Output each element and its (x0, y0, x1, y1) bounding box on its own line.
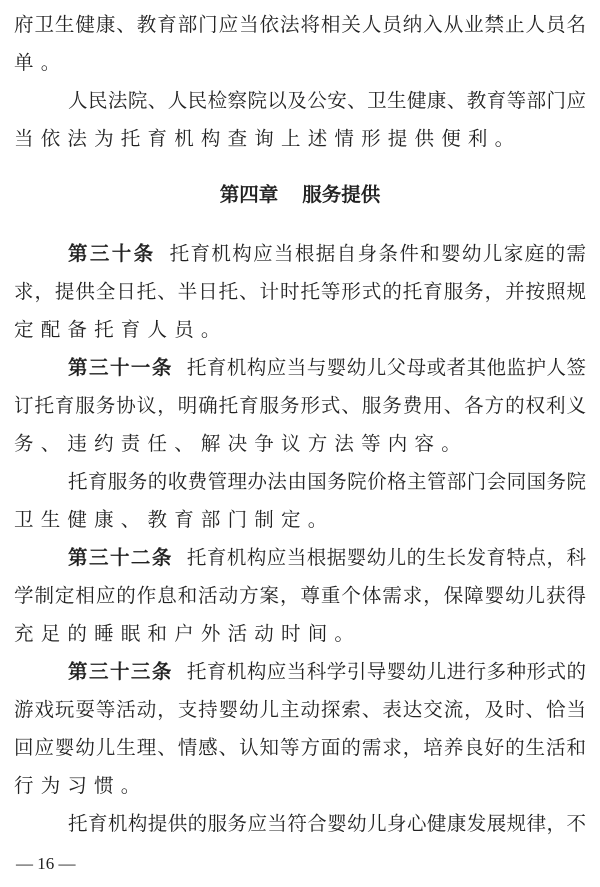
article-text: 托育机构应当与婴幼儿父母或者其他监护人签 (187, 356, 586, 379)
text-line: 务、违约责任、解决争议方法等内容。 (14, 425, 586, 463)
article-text: 托育机构应当根据婴幼儿的生长发育特点，科 (187, 546, 586, 569)
text-line: 行为习惯。 (14, 767, 586, 805)
page-number: — 16 — (16, 850, 76, 878)
chapter-heading: 第四章服务提供 (14, 176, 586, 214)
text-line: 府卫生健康、教育部门应当依法将相关人员纳入从业禁止人员名 (14, 6, 586, 44)
article-number: 第三十三条 (68, 660, 173, 683)
article-text: 托育机构应当根据自身条件和婴幼儿家庭的需 (170, 242, 586, 265)
article-number: 第三十条 (68, 242, 156, 265)
text-line: 游戏玩耍等活动，支持婴幼儿主动探索、表达交流，及时、恰当 (14, 691, 586, 729)
text-line: 人民法院、人民检察院以及公安、卫生健康、教育等部门应 (14, 82, 586, 120)
chapter-title: 服务提供 (302, 183, 380, 206)
article-33-first-line: 第三十三条托育机构应当科学引导婴幼儿进行多种形式的 (14, 653, 586, 691)
article-number: 第三十一条 (68, 356, 173, 379)
text-line: 托育机构提供的服务应当符合婴幼儿身心健康发展规律，不 (14, 805, 586, 843)
text-line: 回应婴幼儿生理、情感、认知等方面的需求，培养良好的生活和 (14, 729, 586, 767)
text-line: 单。 (14, 44, 586, 82)
text-line: 订托育服务协议，明确托育服务形式、服务费用、各方的权利义 (14, 387, 586, 425)
text-line: 学制定相应的作息和活动方案，尊重个体需求，保障婴幼儿获得 (14, 577, 586, 615)
article-number: 第三十二条 (68, 546, 173, 569)
article-31-first-line: 第三十一条托育机构应当与婴幼儿父母或者其他监护人签 (14, 349, 586, 387)
article-32-first-line: 第三十二条托育机构应当根据婴幼儿的生长发育特点，科 (14, 539, 586, 577)
article-text: 托育机构应当科学引导婴幼儿进行多种形式的 (187, 660, 586, 683)
text-line: 定配备托育人员。 (14, 311, 586, 349)
text-line: 卫生健康、教育部门制定。 (14, 501, 586, 539)
article-30-first-line: 第三十条托育机构应当根据自身条件和婴幼儿家庭的需 (14, 235, 586, 273)
text-line: 当依法为托育机构查询上述情形提供便利。 (14, 120, 586, 158)
text-line: 充足的睡眠和户外活动时间。 (14, 615, 586, 653)
text-line: 求，提供全日托、半日托、计时托等形式的托育服务，并按照规 (14, 273, 586, 311)
chapter-number: 第四章 (220, 183, 279, 206)
text-line: 托育服务的收费管理办法由国务院价格主管部门会同国务院 (14, 463, 586, 501)
